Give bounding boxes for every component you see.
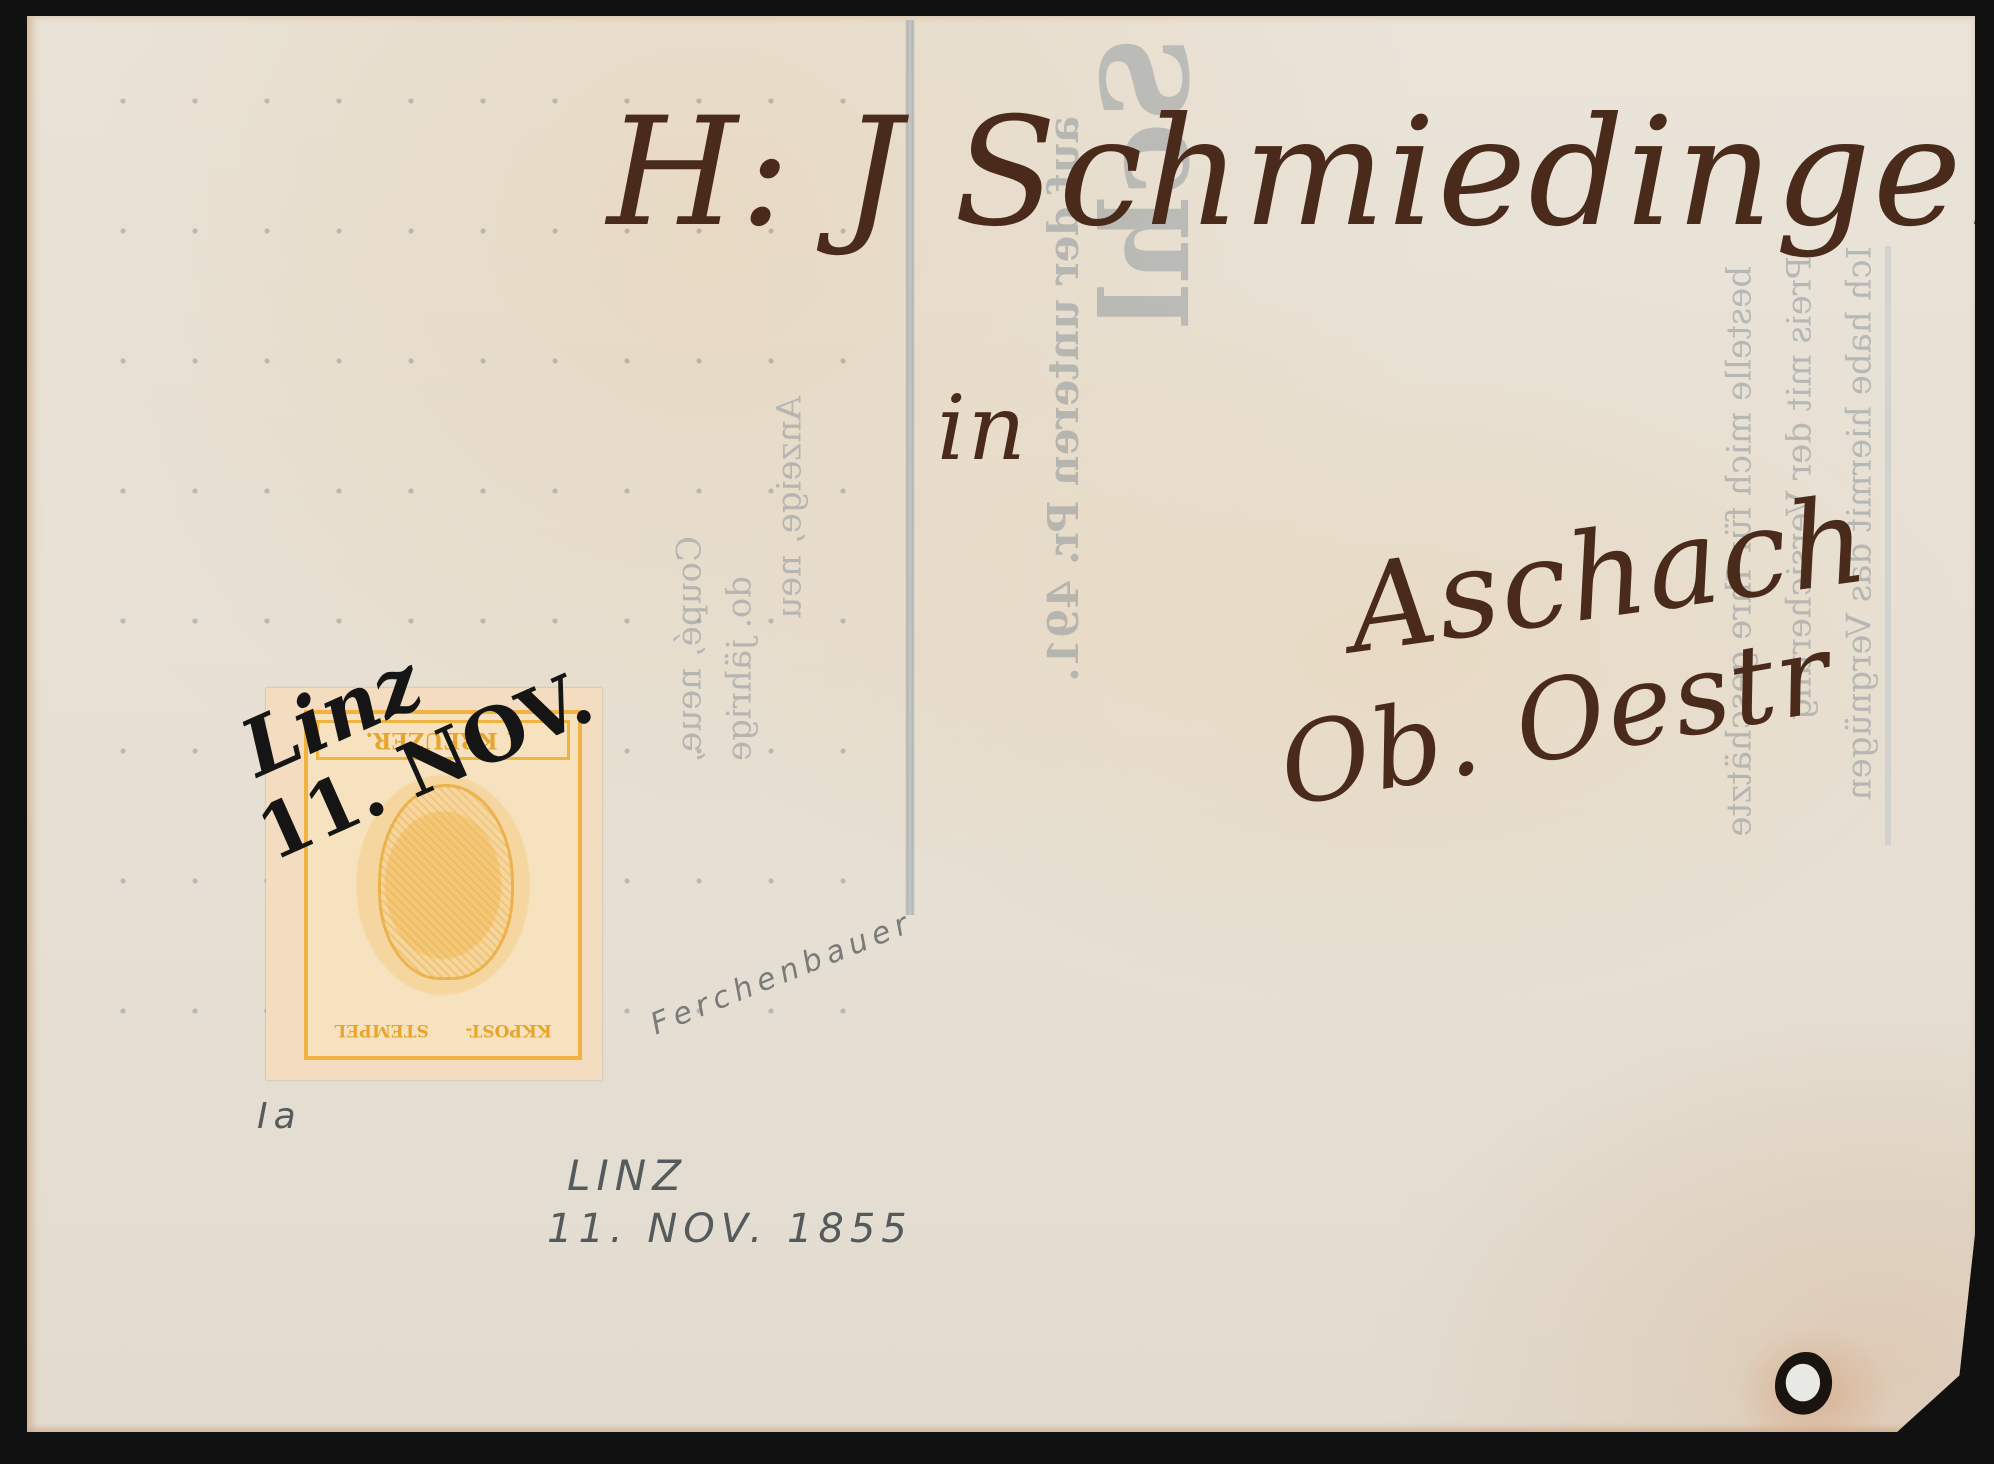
stamp-bottom-label: KKPOST- STEMPEL [316,1010,570,1050]
paper-hole [1775,1352,1837,1420]
pencil-catalog-type: Ia [257,1096,302,1137]
address-line-2: in [937,376,1028,481]
bleed-left-col-3: do. jährige [713,576,767,761]
address-line-1: H: J Schmiedinger [607,86,1994,260]
stamp-bottom-right: STEMPEL [334,1020,428,1040]
stamp-bottom-left: KKPOST- [465,1020,551,1040]
pencil-attribution-date: 11. NOV. 1855 [547,1206,913,1252]
pencil-attribution-town: LINZ [567,1151,687,1200]
bleed-left-col-2: Coupé, neue, [663,536,717,763]
bleed-left-col-1: Anzeige, neu [763,396,817,619]
